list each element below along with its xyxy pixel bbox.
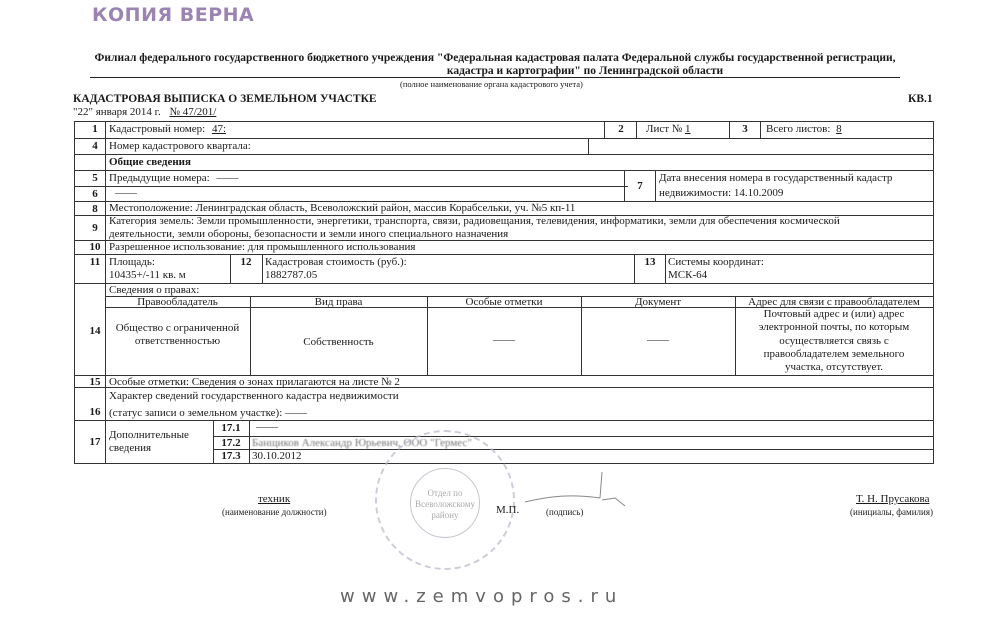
sheet-number-value: 1 [685, 123, 691, 135]
signer-name: Т. Н. Прусакова [856, 493, 929, 505]
cadastral-quarter-label: Номер кадастрового квартала: [109, 140, 251, 152]
document-date: "22" января 2014 г. [73, 106, 161, 118]
address-line2: электронной почты, по которым [735, 321, 933, 334]
total-sheets-label: Всего листов: [766, 123, 830, 135]
cadastral-number-label: Кадастровый номер: [109, 123, 205, 135]
table-grid-line [588, 138, 589, 154]
holder-line2: ответственностью [105, 335, 250, 348]
land-category-line2: деятельности, земли обороны, безопасност… [109, 228, 840, 241]
right-type-value: Собственность [250, 336, 427, 349]
sheet-number: Лист № 1 [646, 123, 691, 136]
area-value: 10435+/-11 кв. м [109, 269, 186, 282]
document-title: КАДАСТРОВАЯ ВЫПИСКА О ЗЕМЕЛЬНОМ УЧАСТКЕ [73, 93, 377, 105]
additional-info-label: Дополнительные сведения [109, 429, 189, 455]
row-number-17-2: 17.2 [210, 437, 252, 449]
document-value: —— [581, 334, 735, 347]
address-line4: правообладателем земельного [735, 348, 933, 361]
seal-text: Отдел по Всеволожскому району [415, 488, 475, 521]
signature-scribble [520, 470, 630, 510]
previous-numbers-value: —— [216, 172, 238, 184]
area-label: Площадь: [109, 256, 186, 269]
website-watermark: www.zemvopros.ru [340, 586, 623, 607]
position-caption: (наименование должности) [222, 507, 327, 517]
table-grid-line [74, 420, 934, 421]
row-number-17-3: 17.3 [210, 450, 252, 462]
document-date-number: "22" января 2014 г. № 47/201/ [73, 106, 216, 118]
col-right-type: Вид права [250, 296, 427, 309]
organization-name: Филиал федерального государственного бюд… [90, 52, 900, 78]
row-17-1-value: —— [256, 421, 278, 434]
record-status-line2: (статус записи о земельном участке): —— [109, 407, 399, 420]
row-number-2: 2 [600, 123, 642, 135]
row-17-3-value: 30.10.2012 [252, 450, 302, 463]
signer-position: техник [258, 493, 290, 505]
address-line3: осуществляется связь с [735, 335, 933, 348]
row-number-13: 13 [629, 256, 671, 268]
col-special-notes: Особые отметки [427, 296, 581, 309]
general-info-heading: Общие сведения [109, 156, 191, 169]
land-category-line1: Категория земель: Земли промышленности, … [109, 215, 840, 228]
seal-place-label: М.П. [496, 504, 519, 516]
table-grid-line [74, 121, 934, 122]
name-caption: (инициалы, фамилия) [850, 507, 933, 517]
address-line1: Почтовый адрес и (или) адрес [735, 308, 933, 321]
record-status: Характер сведений государственного кадас… [109, 390, 399, 420]
copy-stamp: КОПИЯ ВЕРНА [92, 4, 254, 26]
total-sheets: Всего листов: 8 [766, 123, 842, 136]
cadastral-quarter: Номер кадастрового квартала: [109, 140, 251, 153]
form-code: КВ.1 [908, 93, 933, 105]
cadastral-value-label: Кадастровая стоимость (руб.): [265, 256, 407, 269]
table-grid-line [933, 121, 934, 463]
table-grid-line [74, 283, 934, 284]
cadastral-number: Кадастровый номер: 47: [109, 123, 226, 136]
permitted-use: Разрешенное использование: для промышлен… [109, 241, 415, 254]
col-document: Документ [581, 296, 735, 309]
notes-value: —— [427, 334, 581, 347]
address-value: Почтовый адрес и (или) адрес электронной… [735, 308, 933, 374]
location: Местоположение: Ленинградская область, В… [109, 202, 575, 215]
record-status-line1: Характер сведений государственного кадас… [109, 390, 399, 403]
row-number-6: 6 [74, 188, 116, 200]
address-line5: участка, отсутствует. [735, 361, 933, 374]
additional-info-label-1: Дополнительные [109, 429, 189, 442]
row-6-value: —— [115, 187, 137, 200]
row-number-3: 3 [724, 123, 766, 135]
coordinate-system-value: МСК-64 [668, 269, 764, 282]
table-grid-line [74, 138, 934, 139]
row-number-17-1: 17.1 [210, 422, 252, 434]
previous-numbers: Предыдущие номера: —— [109, 172, 238, 185]
holder-line1: Общество с ограниченной [105, 322, 250, 335]
special-notes: Особые отметки: Сведения о зонах прилага… [109, 376, 400, 389]
cadastral-number-value: 47: [212, 123, 226, 135]
org-line-1: Филиал федерального государственного бюд… [90, 52, 900, 65]
number-entry-date: Дата внесения номера в государственный к… [659, 172, 892, 200]
table-grid-line [74, 170, 934, 171]
org-caption: (полное наименование органа кадастрового… [400, 79, 583, 89]
total-sheets-value: 8 [836, 123, 842, 135]
additional-info-label-2: сведения [109, 442, 189, 455]
cadastral-value-amount: 1882787.05 [265, 269, 407, 282]
sheet-number-label: Лист № [646, 123, 682, 135]
number-entry-date-line2: недвижимости: 14.10.2009 [659, 187, 892, 200]
area: Площадь: 10435+/-11 кв. м [109, 256, 186, 282]
col-holder: Правообладатель [105, 296, 250, 309]
land-category: Категория земель: Земли промышленности, … [109, 215, 840, 241]
holder-value: Общество с ограниченной ответственностью [105, 322, 250, 348]
number-entry-date-line1: Дата внесения номера в государственный к… [659, 172, 892, 185]
table-grid-line [74, 154, 934, 155]
row-number-12: 12 [225, 256, 267, 268]
coordinate-system: Системы координат: МСК-64 [668, 256, 764, 282]
org-underline [90, 77, 900, 78]
table-grid-line [74, 186, 628, 187]
cadastral-value: Кадастровая стоимость (руб.): 1882787.05 [265, 256, 407, 282]
previous-numbers-label: Предыдущие номера: [109, 172, 210, 184]
document-number: № 47/201/ [169, 106, 216, 118]
coordinate-system-label: Системы координат: [668, 256, 764, 269]
row-number-7: 7 [619, 180, 661, 192]
table-grid-line [74, 254, 934, 255]
